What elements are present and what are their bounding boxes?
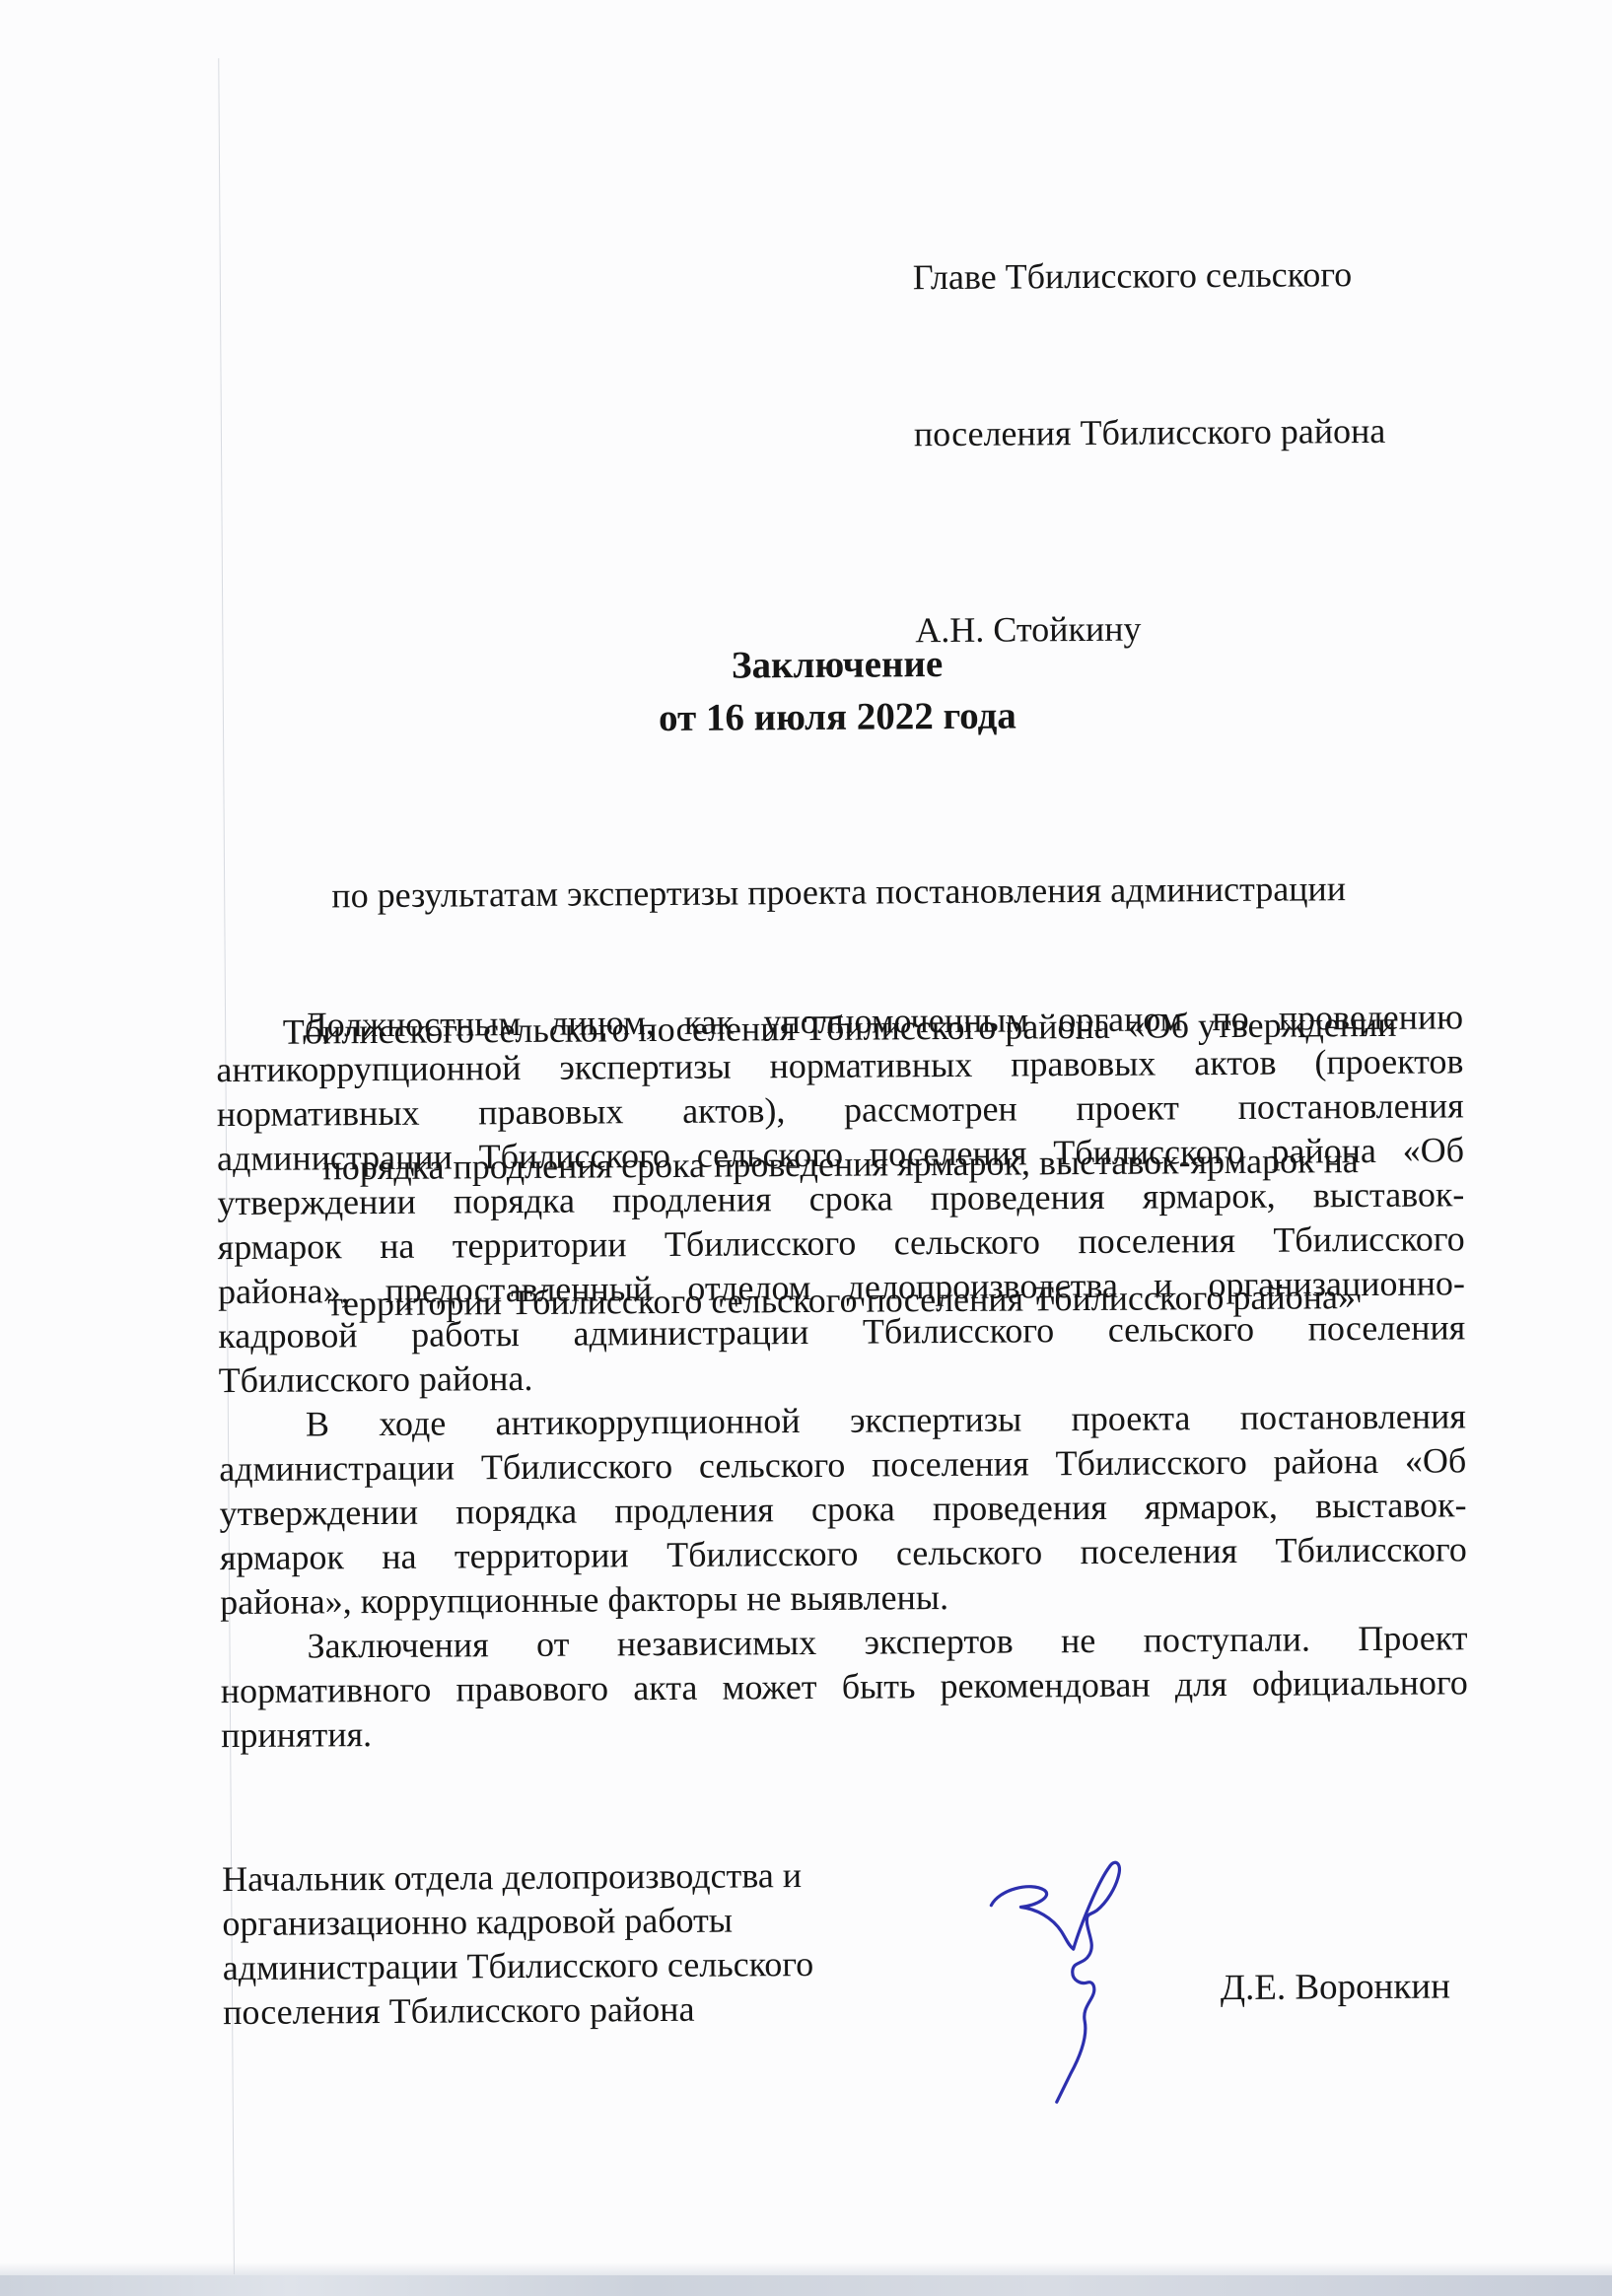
body-line: ярмарок на территории Тбилисского сельск…: [220, 1527, 1467, 1580]
signoff-line: организационно кадровой работы: [222, 1898, 813, 1946]
title-date-line: от 16 июля 2022 года: [214, 686, 1461, 747]
signature-ink: [991, 1862, 1121, 2102]
signoff-line: поселения Тбилисского района: [223, 1986, 814, 2035]
scan-content: Главе Тбилисского сельского поселения Тб…: [0, 0, 1612, 2296]
scanned-document-page: Главе Тбилисского сельского поселения Тб…: [0, 0, 1612, 2296]
title-heading: Заключение: [213, 634, 1460, 695]
signoff-line: администрации Тбилисского сельского: [223, 1942, 814, 1990]
document-title: Заключение от 16 июля 2022 года: [213, 634, 1461, 747]
signoff-block: Начальник отдела делопроизводства и орга…: [222, 1853, 814, 2035]
recipient-line-1: Главе Тбилисского сельского: [913, 248, 1385, 304]
body-line: нормативного правового акта может быть р…: [221, 1660, 1468, 1713]
body-line: кадровой работы администрации Тбилисског…: [218, 1305, 1465, 1358]
subject-line: по результатам экспертизы проекта постан…: [200, 865, 1477, 919]
recipient-line-2: поселения Тбилисского района: [914, 405, 1386, 460]
body-text: Должностным лицом, как уполномоченным ор…: [216, 995, 1468, 1758]
scan-edge-fade: [0, 2262, 1612, 2276]
signer-name: Д.Е. Воронкин: [1221, 1965, 1450, 2009]
signoff-line: Начальник отдела делопроизводства и: [222, 1853, 813, 1902]
handwritten-signature: [977, 1844, 1132, 2109]
body-line: принятия.: [221, 1705, 1468, 1758]
scan-edge-strip: [0, 2275, 1612, 2296]
